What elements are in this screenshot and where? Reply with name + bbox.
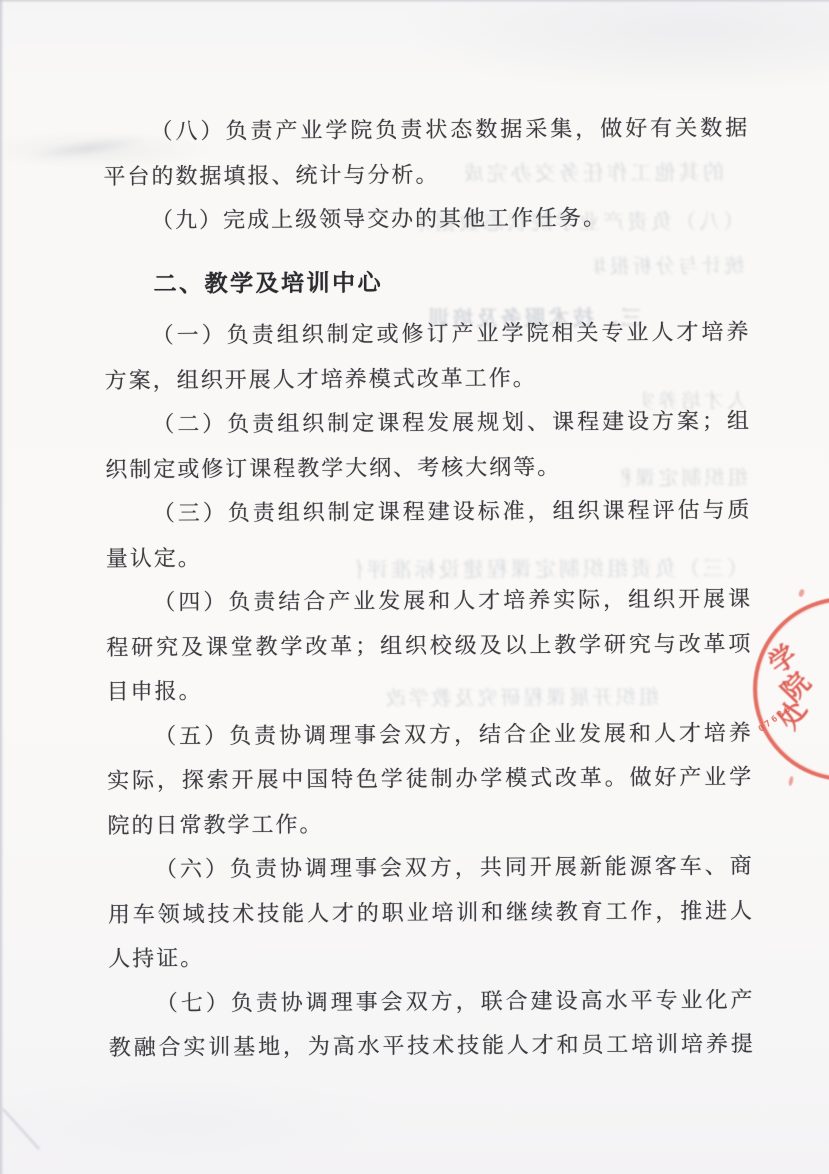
text-line: 二、教学及培训中心 <box>104 258 750 306</box>
text-line: （五）负责协调理事会双方，结合企业发展和人才培养 <box>107 711 753 759</box>
paragraph: （八）负责产业学院负责状态数据采集，做好有关数据平台的数据填报、统计与分析。 <box>103 106 750 199</box>
text-line: 程研究及课堂教学改革；组织校级及以上教学研究与改革项 <box>106 622 752 670</box>
text-line: （二）负责组织制定课程发展规划、课程建设方案；组 <box>105 399 751 447</box>
paragraph: （三）负责组织制定课程建设标准，组织课程评估与质量认定。 <box>105 488 752 581</box>
paragraph: （二）负责组织制定课程发展规划、课程建设方案；组织制定或修订课程教学大纲、考核大… <box>105 399 752 492</box>
document-text: （八）负责产业学院负责状态数据采集，做好有关数据平台的数据填报、统计与分析。（九… <box>103 106 755 1070</box>
text-line: 织制定或修订课程教学大纲、考核大纲等。 <box>105 444 751 492</box>
paragraph: （七）负责协调理事会双方，联合建设高水平专业化产教融合实训基地，为高水平技术技能… <box>108 978 755 1071</box>
text-line: 目申报。 <box>106 666 752 714</box>
text-line: 院的日常教学工作。 <box>107 800 753 848</box>
text-line: （八）负责产业学院负责状态数据采集，做好有关数据 <box>103 106 749 154</box>
paragraph: （九）完成上级领导交办的其他工作任务。 <box>104 195 750 243</box>
text-line: 方案，组织开展人才培养模式改革工作。 <box>105 355 751 403</box>
text-line: （七）负责协调理事会双方，联合建设高水平专业化产 <box>108 978 754 1026</box>
paragraph: （一）负责组织制定或修订产业学院相关专业人才培养方案，组织开展人才培养模式改革工… <box>104 310 751 403</box>
paragraph: （四）负责结合产业发展和人才培养实际，组织开展课程研究及课堂教学改革；组织校级及… <box>106 577 753 714</box>
text-line: （一）负责组织制定或修订产业学院相关专业人才培养 <box>104 310 750 358</box>
text-line: 平台的数据填报、统计与分析。 <box>103 151 749 199</box>
text-line: （六）负责协调理事会双方，共同开展新能源客车、商 <box>108 844 754 892</box>
scanned-document-page: 的其他工作任务交办完成（八）负责产业学院状态数据采集做好统计与分析报填三、技术服… <box>0 0 829 1174</box>
text-line: 量认定。 <box>106 533 752 581</box>
paragraph: （六）负责协调理事会双方，共同开展新能源客车、商用车领域技术技能人才的职业培训和… <box>108 844 755 981</box>
text-line: （三）负责组织制定课程建设标准，组织课程评估与质 <box>105 488 751 536</box>
text-line: （九）完成上级领导交办的其他工作任务。 <box>104 195 750 243</box>
paragraph: （五）负责协调理事会双方，结合企业发展和人才培养实际，探索开展中国特色学徒制办学… <box>107 711 754 848</box>
text-line: 教融合实训基地，为高水平技术技能人才和员工培训培养提 <box>109 1022 755 1070</box>
text-line: 用车领域技术技能人才的职业培训和继续教育工作，推进人 <box>108 889 754 937</box>
section-heading: 二、教学及培训中心 <box>104 258 750 306</box>
text-line: 人持证。 <box>108 933 754 981</box>
text-line: （四）负责结合产业发展和人才培养实际，组织开展课 <box>106 577 752 625</box>
text-line: 实际，探索开展中国特色学徒制办学模式改革。做好产业学 <box>107 755 753 803</box>
